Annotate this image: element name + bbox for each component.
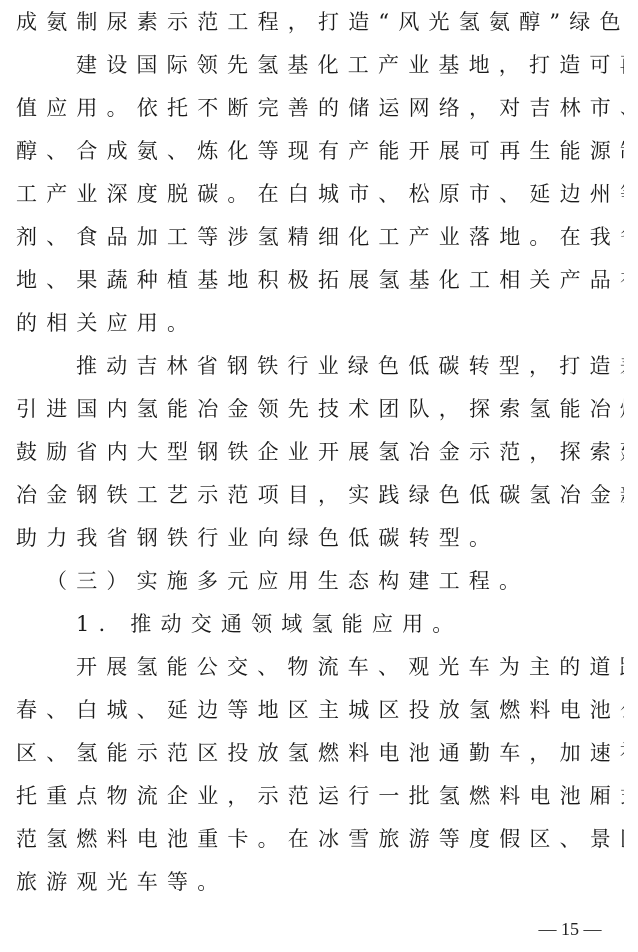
text-line: 范氢燃料电池重卡。在冰雪旅游等度假区、景区投放氢燃料电池 [16,825,624,853]
text-line: 冶金钢铁工艺示范项目，实践绿色低碳氢冶金新技术、新工艺， [16,481,624,509]
subsection-heading: 1. 推动交通领域氢能应用。 [76,610,624,638]
text-line: 地、果蔬种植基地积极拓展氢基化工相关产品在农业种植等领域 [16,266,624,294]
text-line: 工产业深度脱碳。在白城市、松原市、延边州等地推动医药制 [16,180,624,208]
text-line: 引进国内氢能冶金领先技术团队，探索氢能冶炼技术推广应用。 [16,395,624,423]
document-page: 成氨制尿素示范工程，打造“风光氢氨醇”绿色循环产业园。 建设国际领先氢基化工产业… [0,0,638,952]
section-heading: （三）实施多元应用生态构建工程。 [46,567,594,595]
text-line: 助力我省钢铁行业向绿色低碳转型。 [16,524,624,552]
text-line: 值应用。依托不断完善的储运网络，对吉林市、松原市等地甲 [16,94,624,122]
text-line: 的相关应用。 [16,309,624,337]
text-line: 鼓励省内大型钢铁企业开展氢冶金示范，探索建设近零排放的氢 [16,438,624,466]
page-number: — 15 — [520,918,620,940]
text-line: 托重点物流企业，示范运行一批氢燃料电池厢式运输车，试点示 [16,782,624,810]
text-line: 春、白城、延边等地区主城区投放氢燃料电池公交车，在化工园 [16,696,624,724]
text-line: 推动吉林省钢铁行业绿色低碳转型，打造差异化优势。积极 [76,352,624,380]
text-line: 成氨制尿素示范工程，打造“风光氢氨醇”绿色循环产业园。 [16,8,624,36]
text-line: 区、氢能示范区投放氢燃料电池通勤车，加速初期推广应用。依 [16,739,624,767]
text-line: 建设国际领先氢基化工产业基地，打造可再生能源制氢高价 [76,51,624,79]
text-line: 开展氢能公交、物流车、观光车为主的道路交通应用。在长 [76,653,624,681]
text-line: 旅游观光车等。 [16,868,624,896]
text-line: 剂、食品加工等涉氢精细化工产业落地。在我省西部大型粮食基 [16,223,624,251]
text-line: 醇、合成氨、炼化等现有产能开展可再生能源制氢替代，助力化 [16,137,624,165]
